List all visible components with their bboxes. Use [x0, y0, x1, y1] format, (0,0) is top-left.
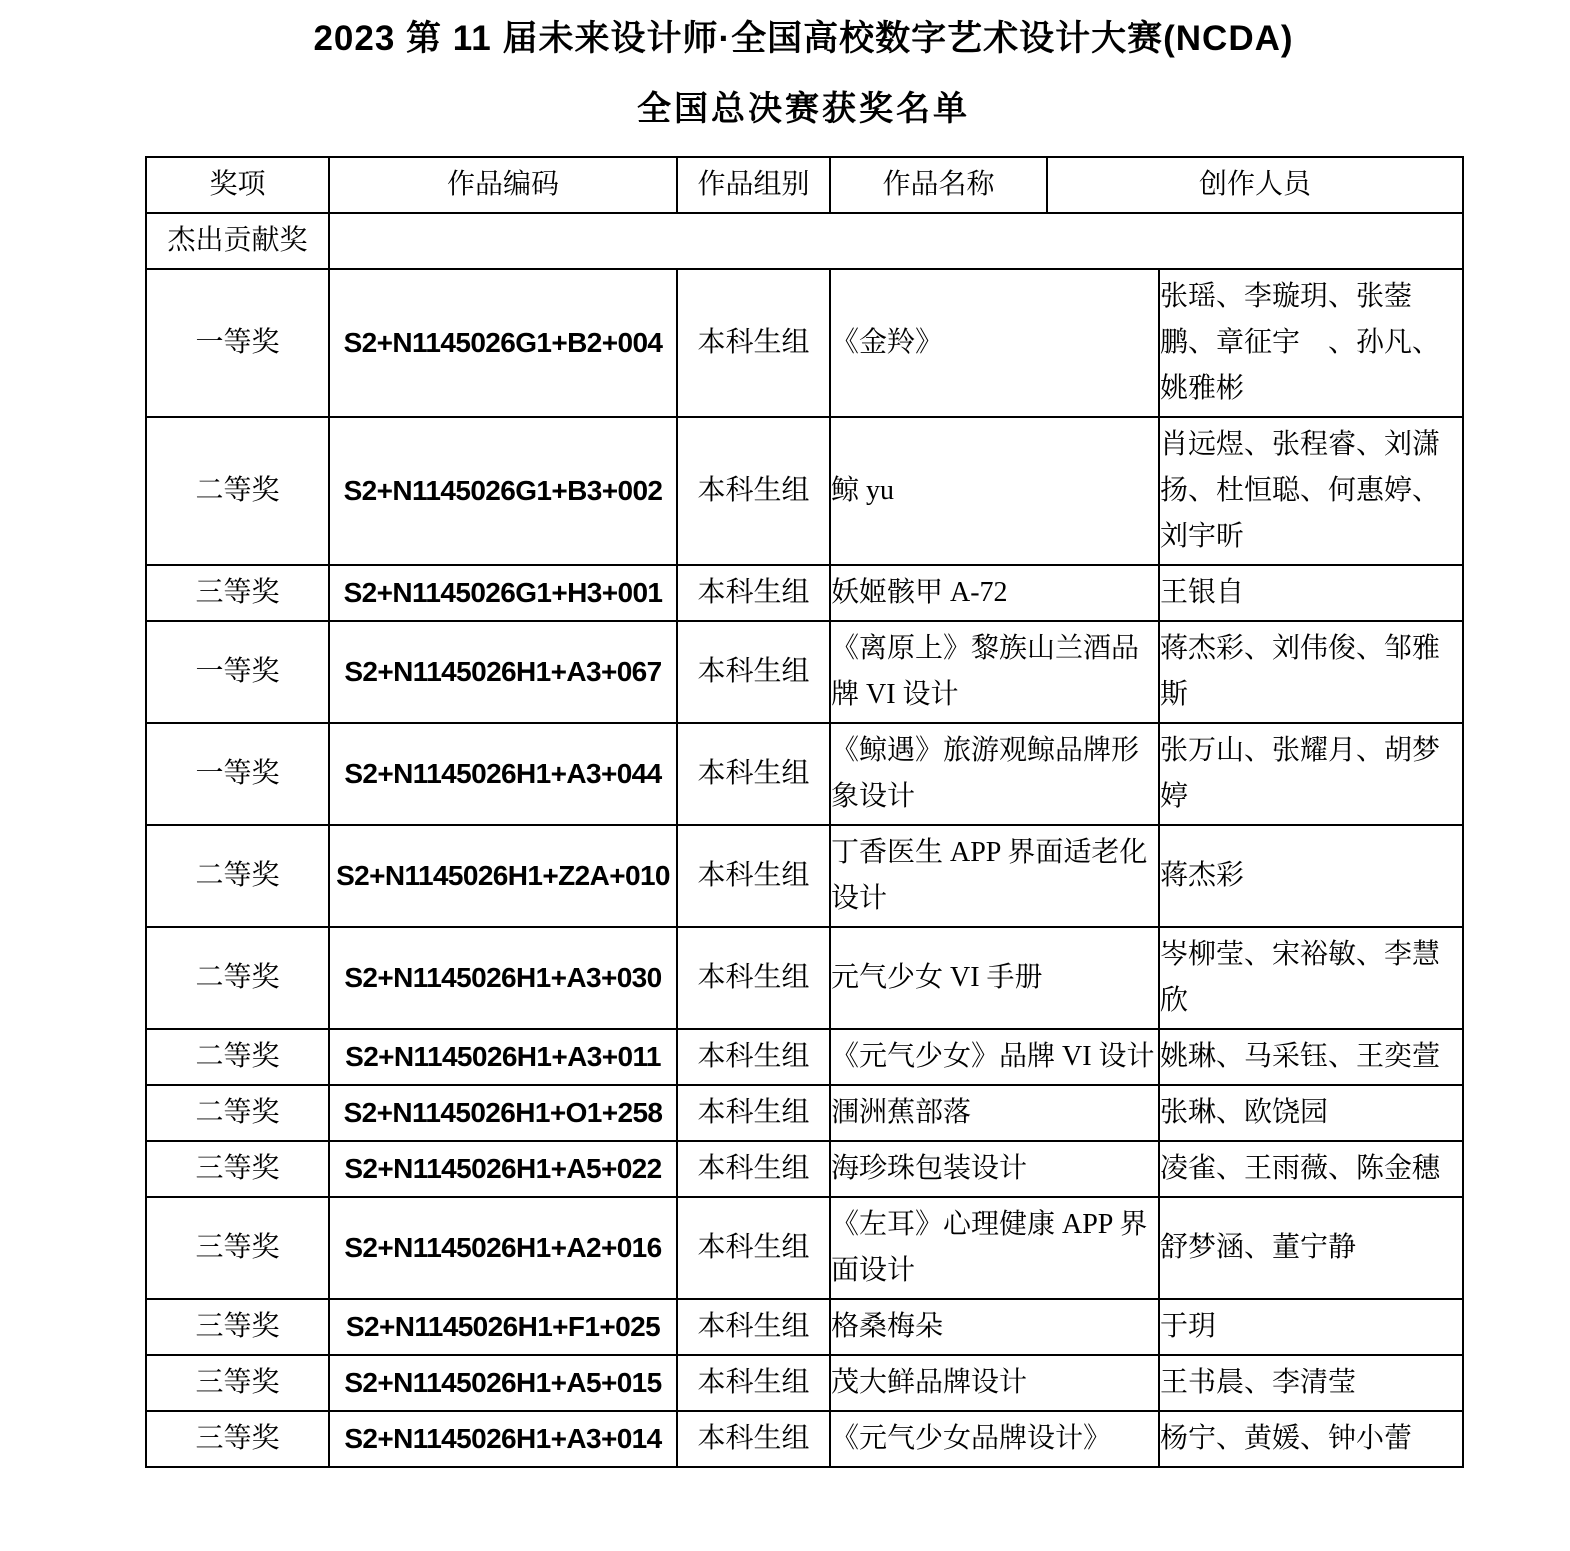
special-award-row: 杰出贡献奖	[146, 213, 1463, 269]
group-cell: 本科生组	[677, 621, 830, 723]
work-cell: 《元气少女品牌设计》	[830, 1411, 1159, 1467]
creators-cell: 凌雀、王雨薇、陈金穗	[1159, 1141, 1463, 1197]
work-cell: 丁香医生 APP 界面适老化设计	[830, 825, 1159, 927]
col-header-creators: 创作人员	[1047, 157, 1463, 213]
work-cell: 《元气少女》品牌 VI 设计	[830, 1029, 1159, 1085]
document-content: 2023 第 11 届未来设计师·全国高校数字艺术设计大赛(NCDA) 全国总决…	[145, 0, 1462, 1468]
table-row: 一等奖S2+N1145026G1+B2+004本科生组《金羚》张瑶、李璇玥、张蓥…	[146, 269, 1463, 417]
creators-cell: 岑柳莹、宋裕敏、李慧欣	[1159, 927, 1463, 1029]
code-cell: S2+N1145026H1+O1+258	[329, 1085, 677, 1141]
code-cell: S2+N1145026G1+H3+001	[329, 565, 677, 621]
table-row: 三等奖S2+N1145026H1+A5+022本科生组海珍珠包装设计凌雀、王雨薇…	[146, 1141, 1463, 1197]
document-page: 2023 第 11 届未来设计师·全国高校数字艺术设计大赛(NCDA) 全国总决…	[0, 0, 1570, 1551]
table-row: 一等奖S2+N1145026H1+A3+067本科生组《离原上》黎族山兰酒品牌 …	[146, 621, 1463, 723]
code-cell: S2+N1145026G1+B3+002	[329, 417, 677, 565]
table-row: 二等奖S2+N1145026H1+A3+011本科生组《元气少女》品牌 VI 设…	[146, 1029, 1463, 1085]
award-cell: 杰出贡献奖	[146, 213, 329, 269]
award-cell: 二等奖	[146, 1029, 329, 1085]
table-row: 三等奖S2+N1145026H1+A2+016本科生组《左耳》心理健康 APP …	[146, 1197, 1463, 1299]
work-cell: 鲸 yu	[830, 417, 1159, 565]
code-cell: S2+N1145026H1+A3+030	[329, 927, 677, 1029]
col-header-work: 作品名称	[830, 157, 1047, 213]
document-title: 2023 第 11 届未来设计师·全国高校数字艺术设计大赛(NCDA)	[145, 0, 1462, 64]
award-cell: 三等奖	[146, 1197, 329, 1299]
awards-table-body: 杰出贡献奖 一等奖S2+N1145026G1+B2+004本科生组《金羚》张瑶、…	[146, 213, 1463, 1467]
award-cell: 一等奖	[146, 621, 329, 723]
work-cell: 海珍珠包装设计	[830, 1141, 1159, 1197]
creators-cell: 王书晨、李清莹	[1159, 1355, 1463, 1411]
group-cell: 本科生组	[677, 1141, 830, 1197]
group-cell: 本科生组	[677, 565, 830, 621]
creators-cell: 蒋杰彩	[1159, 825, 1463, 927]
awards-table: 奖项 作品编码 作品组别 作品名称 创作人员 杰出贡献奖 一等奖S2+N1145…	[145, 156, 1464, 1468]
creators-cell: 蒋杰彩、刘伟俊、邹雅斯	[1159, 621, 1463, 723]
table-row: 三等奖S2+N1145026H1+A3+014本科生组《元气少女品牌设计》杨宁、…	[146, 1411, 1463, 1467]
award-cell: 三等奖	[146, 565, 329, 621]
group-cell: 本科生组	[677, 927, 830, 1029]
group-cell: 本科生组	[677, 417, 830, 565]
award-cell: 三等奖	[146, 1141, 329, 1197]
work-cell: 《鲸遇》旅游观鲸品牌形象设计	[830, 723, 1159, 825]
work-cell: 涠洲蕉部落	[830, 1085, 1159, 1141]
table-row: 三等奖S2+N1145026H1+F1+025本科生组格桑梅朵于玥	[146, 1299, 1463, 1355]
work-cell: 格桑梅朵	[830, 1299, 1159, 1355]
creators-cell: 肖远煜、张程睿、刘潇扬、杜恒聪、何惠婷、刘宇昕	[1159, 417, 1463, 565]
award-cell: 三等奖	[146, 1411, 329, 1467]
code-cell: S2+N1145026H1+A3+014	[329, 1411, 677, 1467]
header-row: 奖项 作品编码 作品组别 作品名称 创作人员	[146, 157, 1463, 213]
table-row: 二等奖S2+N1145026H1+O1+258本科生组涠洲蕉部落张琳、欧饶园	[146, 1085, 1463, 1141]
creators-cell: 张万山、张耀月、胡梦婷	[1159, 723, 1463, 825]
col-header-award: 奖项	[146, 157, 329, 213]
group-cell: 本科生组	[677, 723, 830, 825]
group-cell: 本科生组	[677, 269, 830, 417]
code-cell: S2+N1145026H1+Z2A+010	[329, 825, 677, 927]
creators-cell: 于玥	[1159, 1299, 1463, 1355]
group-cell: 本科生组	[677, 1085, 830, 1141]
creators-cell: 杨宁、黄媛、钟小蕾	[1159, 1411, 1463, 1467]
table-row: 二等奖S2+N1145026H1+A3+030本科生组元气少女 VI 手册岑柳莹…	[146, 927, 1463, 1029]
code-cell: S2+N1145026H1+A3+011	[329, 1029, 677, 1085]
col-header-group: 作品组别	[677, 157, 830, 213]
work-cell: 元气少女 VI 手册	[830, 927, 1159, 1029]
award-cell: 一等奖	[146, 269, 329, 417]
table-row: 三等奖S2+N1145026G1+H3+001本科生组妖姬骸甲 A-72王银自	[146, 565, 1463, 621]
work-cell: 茂大鲜品牌设计	[830, 1355, 1159, 1411]
creators-cell: 张琳、欧饶园	[1159, 1085, 1463, 1141]
award-cell: 三等奖	[146, 1299, 329, 1355]
table-row: 二等奖S2+N1145026H1+Z2A+010本科生组丁香医生 APP 界面适…	[146, 825, 1463, 927]
awards-table-header: 奖项 作品编码 作品组别 作品名称 创作人员	[146, 157, 1463, 213]
document-subtitle: 全国总决赛获奖名单	[145, 86, 1462, 132]
group-cell: 本科生组	[677, 1355, 830, 1411]
work-cell: 《金羚》	[830, 269, 1159, 417]
work-cell: 《左耳》心理健康 APP 界面设计	[830, 1197, 1159, 1299]
table-row: 二等奖S2+N1145026G1+B3+002本科生组鲸 yu肖远煜、张程睿、刘…	[146, 417, 1463, 565]
creators-cell: 姚琳、马采钰、王奕萱	[1159, 1029, 1463, 1085]
group-cell: 本科生组	[677, 825, 830, 927]
award-cell: 二等奖	[146, 927, 329, 1029]
code-cell: S2+N1145026H1+A5+022	[329, 1141, 677, 1197]
creators-cell: 王银自	[1159, 565, 1463, 621]
work-cell: 妖姬骸甲 A-72	[830, 565, 1159, 621]
work-cell: 《离原上》黎族山兰酒品牌 VI 设计	[830, 621, 1159, 723]
group-cell: 本科生组	[677, 1029, 830, 1085]
award-cell: 二等奖	[146, 825, 329, 927]
table-row: 三等奖S2+N1145026H1+A5+015本科生组茂大鲜品牌设计王书晨、李清…	[146, 1355, 1463, 1411]
code-cell: S2+N1145026H1+A3+067	[329, 621, 677, 723]
award-cell: 三等奖	[146, 1355, 329, 1411]
code-cell: S2+N1145026H1+A5+015	[329, 1355, 677, 1411]
code-cell: S2+N1145026H1+A3+044	[329, 723, 677, 825]
code-cell: S2+N1145026G1+B2+004	[329, 269, 677, 417]
award-cell: 二等奖	[146, 1085, 329, 1141]
group-cell: 本科生组	[677, 1197, 830, 1299]
group-cell: 本科生组	[677, 1299, 830, 1355]
creators-cell: 舒梦涵、董宁静	[1159, 1197, 1463, 1299]
award-cell: 一等奖	[146, 723, 329, 825]
table-row: 一等奖S2+N1145026H1+A3+044本科生组《鲸遇》旅游观鲸品牌形象设…	[146, 723, 1463, 825]
creators-cell: 张瑶、李璇玥、张蓥鹏、章征宇 、孙凡、姚雅彬	[1159, 269, 1463, 417]
col-header-code: 作品编码	[329, 157, 677, 213]
award-cell: 二等奖	[146, 417, 329, 565]
group-cell: 本科生组	[677, 1411, 830, 1467]
empty-cell	[329, 213, 1463, 269]
code-cell: S2+N1145026H1+F1+025	[329, 1299, 677, 1355]
code-cell: S2+N1145026H1+A2+016	[329, 1197, 677, 1299]
